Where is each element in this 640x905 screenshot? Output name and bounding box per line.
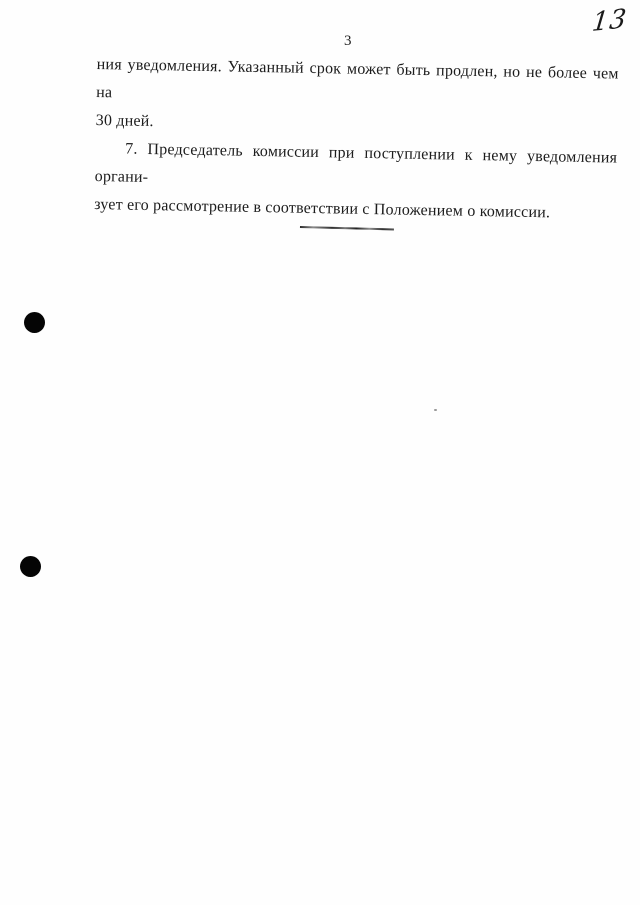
document-body-text: ния уведомления. Указанный срок может бы…	[94, 51, 619, 229]
page-number: 3	[344, 33, 352, 50]
hole-punch-dot-icon	[24, 312, 45, 333]
paragraph: ния уведомления. Указанный срок может бы…	[95, 51, 618, 145]
scan-speck	[434, 409, 437, 411]
handwritten-page-number: 13	[590, 4, 628, 38]
paragraph: 7. Председатель комиссии при поступлении…	[94, 135, 617, 229]
hole-punch-dot-icon	[20, 556, 41, 577]
text-line: ния уведомления. Указанный срок может бы…	[96, 51, 619, 117]
scanned-document-page: 13 3 ния уведомления. Указанный срок мож…	[0, 0, 640, 905]
text-line: 7. Председатель комиссии при поступлении…	[94, 135, 617, 201]
separator-line	[300, 226, 394, 230]
